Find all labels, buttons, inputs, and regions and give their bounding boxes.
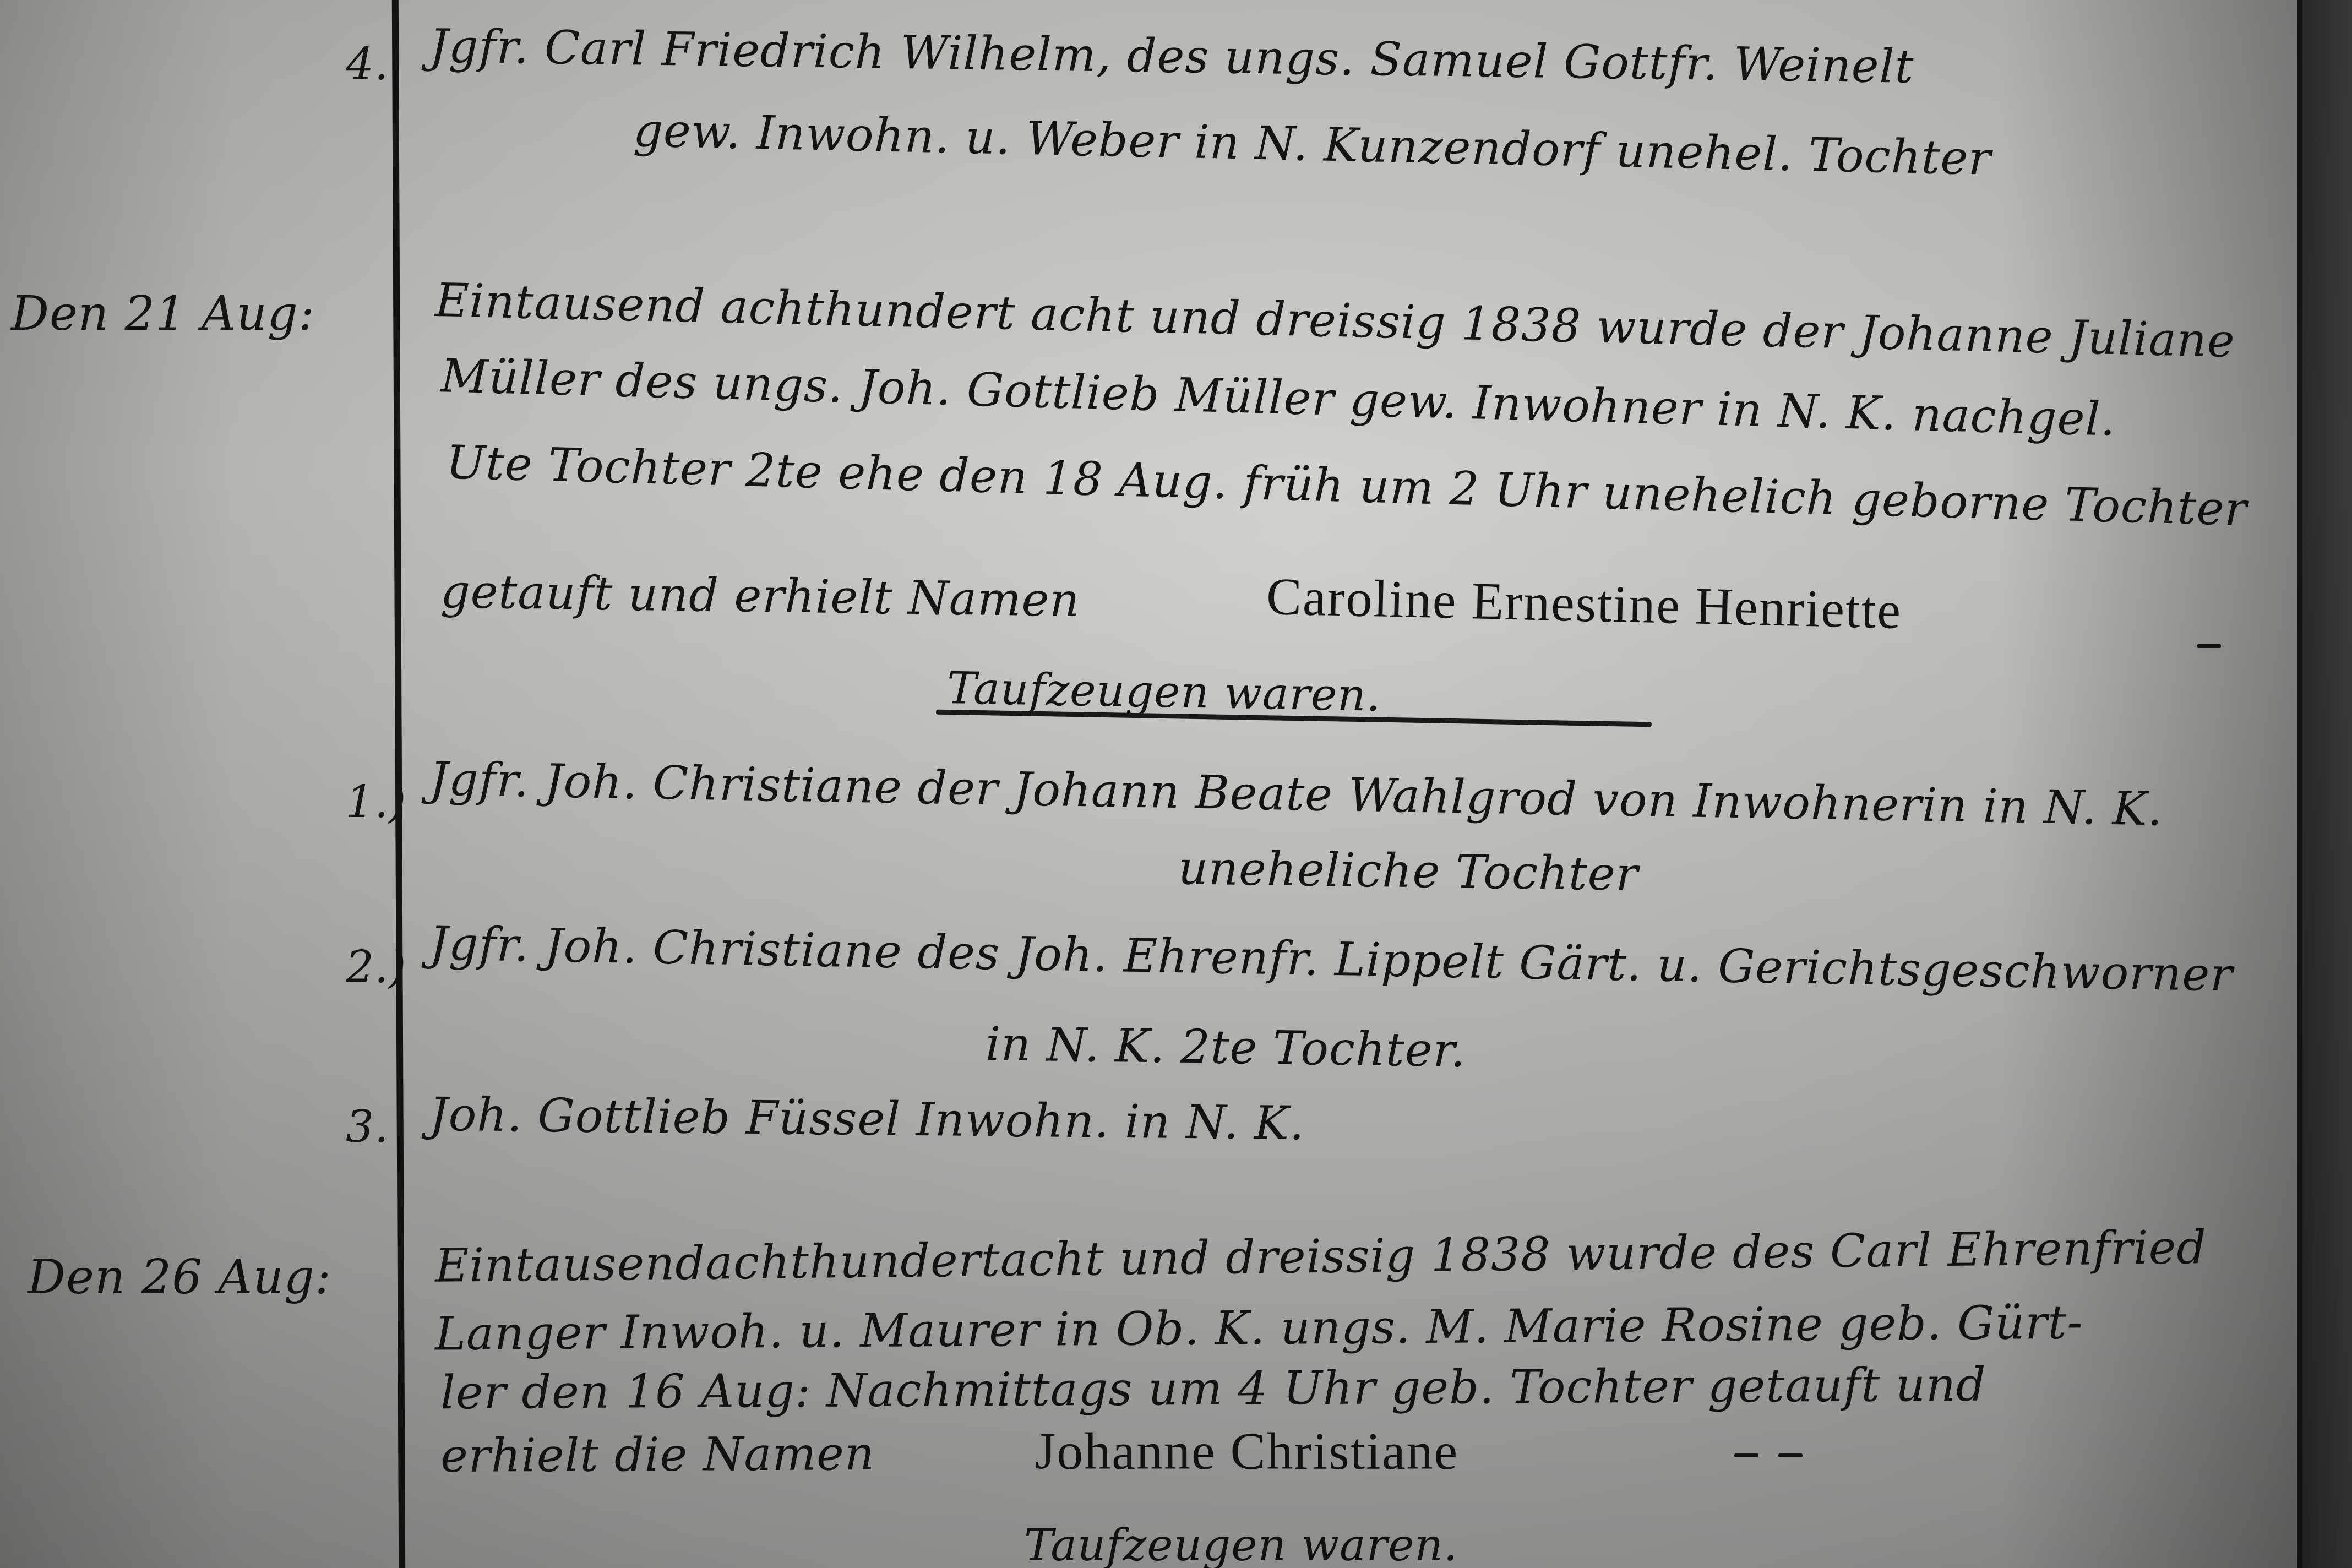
line-filler-dash	[1734, 1453, 1758, 1457]
line-filler-dash	[2197, 644, 2221, 648]
right-border-rule	[2297, 0, 2302, 1568]
godparent-number: 3.	[346, 1101, 389, 1152]
margin-date: Den 21 Aug:	[11, 286, 315, 341]
entry-line: Eintausendachthundertacht und dreissig 1…	[435, 1224, 2207, 1289]
godparent-number: 2.)	[346, 941, 407, 993]
entry-line: gew. Inwohn. u. Weber in N. Kunzendorf u…	[633, 107, 1991, 182]
godparent-number: 1.)	[346, 776, 407, 827]
entry-line: erhielt die Namen	[440, 1430, 875, 1479]
entry-number: 4.	[346, 39, 389, 90]
entry-line: Langer Inwoh. u. Maurer in Ob. K. ungs. …	[435, 1299, 2083, 1357]
entry-line: Jgfr. Carl Friedrich Wilhelm, des ungs. …	[429, 23, 1914, 90]
page-edge-shadow	[2302, 0, 2352, 1568]
entry-line: Müller des ungs. Joh. Gottlieb Müller ge…	[440, 352, 2116, 443]
godparent-line: Jgfr. Joh. Christiane der Johann Beate W…	[429, 756, 2164, 832]
child-name: Caroline Ernestine Henriette	[1266, 565, 1902, 641]
entry-line: Ute Tochter 2te ehe den 18 Aug. früh um …	[445, 439, 2247, 532]
godparents-heading: Taufzeugen waren.	[1024, 1520, 1458, 1568]
register-page: 4. Jgfr. Carl Friedrich Wilhelm, des ung…	[0, 0, 2352, 1568]
godparent-line: Joh. Gottlieb Füssel Inwohn. in N. K.	[429, 1091, 1305, 1147]
entry-line: ler den 16 Aug: Nachmittags um 4 Uhr geb…	[440, 1362, 1986, 1416]
margin-date: Den 26 Aug:	[28, 1250, 331, 1305]
child-name: Johanne Christiane	[1035, 1420, 1458, 1482]
entry-line: getauft und erhielt Namen	[440, 568, 1080, 623]
godparent-line: in N. K. 2te Tochter.	[985, 1021, 1466, 1074]
line-filler-dash	[1778, 1453, 1803, 1457]
godparent-line: uneheliche Tochter	[1178, 845, 1638, 897]
entry-line: Eintausend achthundert acht und dreissig…	[434, 277, 2235, 364]
godparent-line: Jgfr. Joh. Christiane des Joh. Ehrenfr. …	[429, 920, 2234, 998]
